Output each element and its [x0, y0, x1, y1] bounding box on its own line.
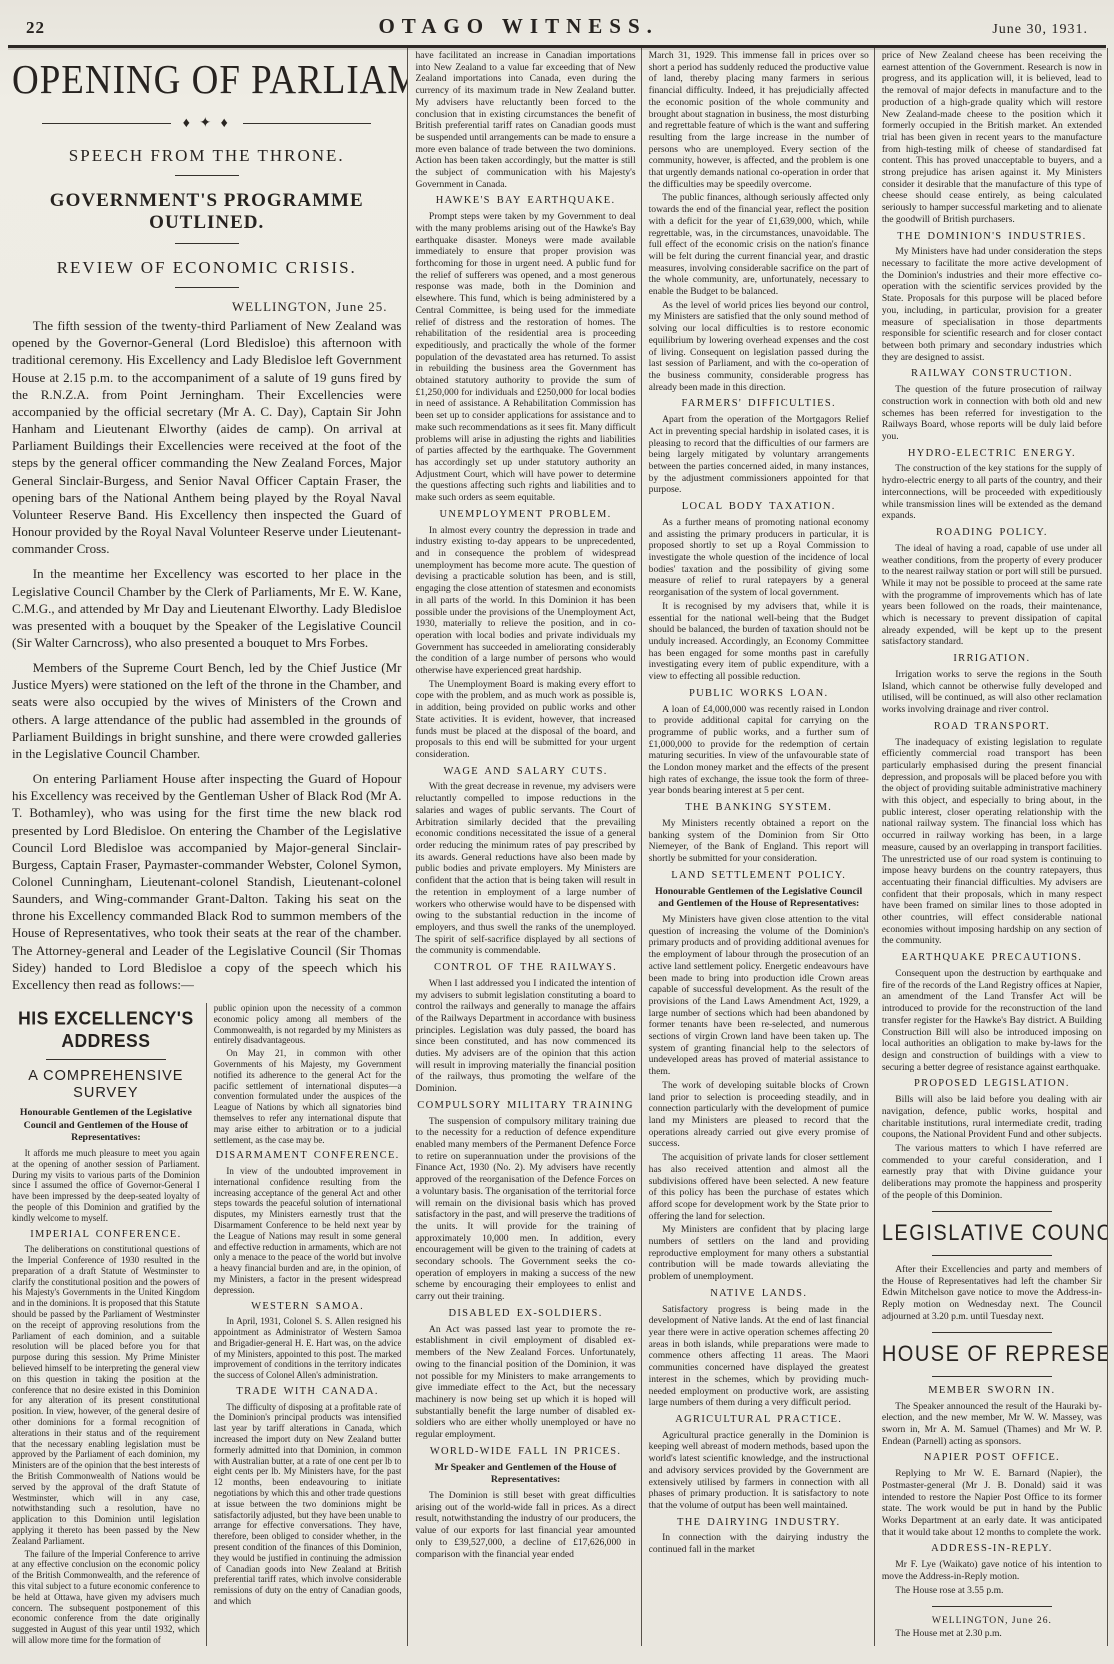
article-paragraph: The failure of the Imperial Conference t…	[12, 1549, 200, 1646]
separator-rule	[932, 1211, 1052, 1212]
section-heading: EARTHQUAKE PRECAUTIONS.	[882, 952, 1102, 965]
ornament-rule-left	[42, 123, 171, 124]
section-heading: AGRICULTURAL PRACTICE.	[649, 1414, 869, 1427]
separator-rule	[932, 1332, 1052, 1333]
section-heading: ADDRESS-IN-REPLY.	[882, 1543, 1102, 1556]
section-heading: PUBLIC WORKS LOAN.	[649, 688, 869, 701]
his-excellencys-address-section: HIS EXCELLENCY'S ADDRESSA COMPREHENSIVE …	[12, 1003, 401, 1646]
separator-rule	[932, 1255, 1052, 1256]
article-paragraph: The public finances, although seriously …	[649, 192, 869, 297]
salutation: Honourable Gentlemen of the Legislative …	[655, 886, 863, 911]
article-paragraph-continuation: public opinion upon the necessity of a c…	[214, 1003, 402, 1046]
article-paragraph: As a further means of promoting national…	[649, 517, 869, 599]
subhead-governments-programme: GOVERNMENT'S PROGRAMME OUTLINED.	[12, 190, 401, 234]
page-columns: OPENING OF PARLIAMENT ♦ ✦ ♦ SPEECH FROM …	[0, 48, 1114, 1646]
article-paragraph: On May 21, in common with other Governme…	[214, 1048, 402, 1145]
masthead: OTAGO WITNESS.	[45, 14, 992, 39]
article-paragraph: The House met at 2.30 p.m.	[882, 1628, 1102, 1640]
article-paragraph: In April, 1931, Colonel S. S. Allen resi…	[214, 1316, 402, 1381]
article-paragraph: Mr F. Lye (Waikato) gave notice of his i…	[882, 1559, 1102, 1582]
article-paragraph: When I last addressed you I indicated th…	[415, 978, 635, 1095]
article-paragraph: The Dominion is still beset with great d…	[415, 1490, 635, 1560]
section-heading: MEMBER SWORN IN.	[882, 1385, 1102, 1398]
address-subcolumn-2: public opinion upon the necessity of a c…	[206, 1003, 402, 1646]
article-paragraph-continuation: March 31, 1929. This immense fall in pri…	[649, 50, 869, 190]
headline-ornament-row: ♦ ✦ ♦	[42, 115, 371, 132]
article-paragraph: On entering Parliament House after inspe…	[12, 770, 401, 993]
address-subcolumns: HIS EXCELLENCY'S ADDRESSA COMPREHENSIVE …	[12, 1003, 401, 1646]
article-paragraph: The Speaker announced the result of the …	[882, 1401, 1102, 1448]
separator-rule	[175, 287, 239, 288]
article-paragraph-continuation: have facilitated an increase in Canadian…	[415, 50, 635, 190]
salutation: Honourable Gentlemen of the Legislative …	[18, 1107, 194, 1145]
section-title: LEGISLATIVE COUNCIL	[882, 1220, 1102, 1247]
article-paragraph: The work of developing suitable blocks o…	[649, 1080, 869, 1150]
article-paragraph: The House rose at 3.55 p.m.	[882, 1585, 1102, 1597]
article-paragraph: It affords me much pleasure to meet you …	[12, 1148, 200, 1224]
section-heading: DISABLED EX-SOLDIERS.	[415, 1308, 635, 1321]
separator-rule	[175, 175, 239, 176]
dateline: WELLINGTON, June 26.	[882, 1615, 1102, 1627]
article-paragraph: A loan of £4,000,000 was recently raised…	[649, 704, 869, 798]
article-paragraph: In view of the undoubted improvement in …	[214, 1166, 402, 1296]
section-heading: IRRIGATION.	[882, 653, 1102, 666]
diamond-ornament-icon: ♦ ✦ ♦	[171, 115, 243, 132]
section-heading: HAWKE'S BAY EARTHQUAKE.	[415, 195, 635, 208]
section-heading: IMPERIAL CONFERENCE.	[12, 1229, 200, 1242]
address-subcolumn-1: HIS EXCELLENCY'S ADDRESSA COMPREHENSIVE …	[12, 1003, 206, 1646]
section-heading: NAPIER POST OFFICE.	[882, 1452, 1102, 1465]
section-heading: WAGE AND SALARY CUTS.	[415, 766, 635, 779]
article-paragraph: The construction of the key stations for…	[882, 463, 1102, 522]
section-heading: RAILWAY CONSTRUCTION.	[882, 368, 1102, 381]
section-heading: THE DOMINION'S INDUSTRIES.	[882, 231, 1102, 244]
dateline: WELLINGTON, June 25.	[12, 298, 401, 315]
section-heading: CONTROL OF THE RAILWAYS.	[415, 962, 635, 975]
article-paragraph: In connection with the dairying industry…	[649, 1532, 869, 1555]
article-paragraph: After their Excellencies and party and m…	[882, 1264, 1102, 1323]
article-paragraph: With the great decrease in revenue, my a…	[415, 781, 635, 957]
section-heading: COMPULSORY MILITARY TRAINING	[415, 1100, 635, 1113]
subhead-speech-from-the-throne: SPEECH FROM THE THRONE.	[12, 146, 401, 166]
headline: OPENING OF PARLIAMENT	[12, 56, 401, 104]
section-heading: THE DAIRYING INDUSTRY.	[649, 1517, 869, 1530]
article-paragraph: The difficulty of disposing at a profita…	[214, 1402, 402, 1607]
column-3: March 31, 1929. This immense fall in pri…	[641, 48, 874, 1646]
section-heading: ROADING POLICY.	[882, 527, 1102, 540]
article-paragraph: My Ministers have had under consideratio…	[882, 246, 1102, 363]
section-title: HOUSE OF REPRESENTATIVES	[882, 1341, 1102, 1368]
article-paragraph: Agricultural practice generally in the D…	[649, 1430, 869, 1512]
article-paragraph: My Ministers have given close attention …	[649, 914, 869, 1078]
article-paragraph: In almost every country the depression i…	[415, 525, 635, 677]
subhead-review-of-economic-crisis: REVIEW OF ECONOMIC CRISIS.	[12, 258, 401, 278]
section-heading: LAND SETTLEMENT POLICY.	[649, 870, 869, 883]
article-paragraph: Members of the Supreme Court Bench, led …	[12, 659, 401, 762]
address-heading: HIS EXCELLENCY'S ADDRESS	[12, 1007, 200, 1052]
article-paragraph: My Ministers recently obtained a report …	[649, 818, 869, 865]
section-heading: WESTERN SAMOA.	[214, 1301, 402, 1314]
separator-rule	[46, 1059, 166, 1060]
lead-article-column: OPENING OF PARLIAMENT ♦ ✦ ♦ SPEECH FROM …	[6, 48, 407, 1646]
separator-rule	[175, 243, 239, 244]
ornament-rule-right	[243, 123, 372, 124]
newspaper-page: 22 OTAGO WITNESS. June 30, 1931. OPENING…	[0, 0, 1114, 1664]
article-paragraph: It is recognised by my advisers that, wh…	[649, 601, 869, 683]
article-paragraph: The fifth session of the twenty-third Pa…	[12, 317, 401, 557]
section-heading: HYDRO-ELECTRIC ENERGY.	[882, 448, 1102, 461]
section-heading: FARMERS' DIFFICULTIES.	[649, 398, 869, 411]
article-paragraph: The suspension of compulsory military tr…	[415, 1116, 635, 1303]
page-header: 22 OTAGO WITNESS. June 30, 1931.	[0, 0, 1114, 43]
address-subheading: A COMPREHENSIVE SURVEY	[12, 1068, 200, 1103]
article-paragraph: The various matters to which I have refe…	[882, 1143, 1102, 1202]
article-paragraph: Satisfactory progress is being made in t…	[649, 1304, 869, 1409]
section-heading: PROPOSED LEGISLATION.	[882, 1078, 1102, 1091]
article-paragraph: The question of the future prosecution o…	[882, 384, 1102, 443]
article-paragraph: As the level of world prices lies beyond…	[649, 300, 869, 394]
column-4: price of New Zealand cheese has been rec…	[874, 48, 1108, 1646]
article-paragraph-continuation: price of New Zealand cheese has been rec…	[882, 50, 1102, 226]
article-paragraph: An Act was passed last year to promote t…	[415, 1324, 635, 1441]
article-paragraph: Consequent upon the destruction by earth…	[882, 968, 1102, 1073]
article-paragraph: Replying to Mr W. E. Barnard (Napier), t…	[882, 1468, 1102, 1538]
separator-rule	[932, 1606, 1052, 1607]
article-paragraph: The acquisition of private lands for clo…	[649, 1152, 869, 1222]
article-paragraph: The ideal of having a road, capable of u…	[882, 543, 1102, 648]
salutation: Mr Speaker and Gentlemen of the House of…	[421, 1462, 629, 1487]
article-paragraph: Prompt steps were taken by my Government…	[415, 211, 635, 504]
issue-date: June 30, 1931.	[992, 22, 1088, 38]
section-heading: LOCAL BODY TAXATION.	[649, 501, 869, 514]
page-number: 22	[26, 18, 45, 38]
section-heading: NATIVE LANDS.	[649, 1288, 869, 1301]
separator-rule	[932, 1376, 1052, 1377]
lead-article-body: WELLINGTON, June 25.The fifth session of…	[12, 298, 401, 993]
section-heading: THE BANKING SYSTEM.	[649, 802, 869, 815]
section-heading: UNEMPLOYMENT PROBLEM.	[415, 509, 635, 522]
section-heading: ROAD TRANSPORT.	[882, 721, 1102, 734]
article-paragraph: Apart from the operation of the Mortgago…	[649, 414, 869, 496]
column-2: have facilitated an increase in Canadian…	[407, 48, 640, 1646]
article-paragraph: Bills will also be laid before you deali…	[882, 1094, 1102, 1141]
article-paragraph: In the meantime her Excellency was escor…	[12, 565, 401, 651]
article-paragraph: The inadequacy of existing legislation t…	[882, 737, 1102, 948]
section-heading: WORLD-WIDE FALL IN PRICES.	[415, 1446, 635, 1459]
article-paragraph: The Unemployment Board is making every e…	[415, 679, 635, 761]
article-paragraph: The deliberations on constitutional ques…	[12, 1244, 200, 1546]
section-heading: TRADE WITH CANADA.	[214, 1386, 402, 1399]
article-paragraph: My Ministers are confident that by placi…	[649, 1224, 869, 1283]
section-heading: DISARMAMENT CONFERENCE.	[214, 1150, 402, 1163]
article-paragraph: Irrigation works to serve the regions in…	[882, 669, 1102, 716]
